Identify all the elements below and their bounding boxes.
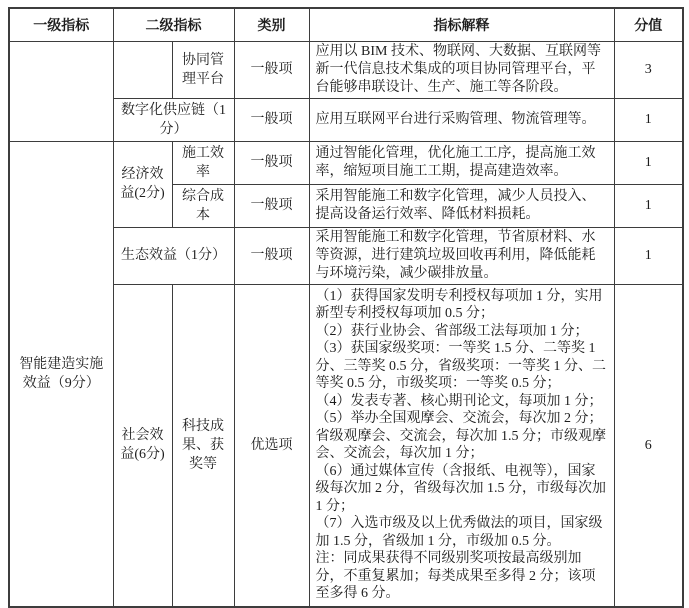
level1-group-cell: 智能建造实施效益（9分） [9, 141, 113, 595]
score-cell: 1 [614, 184, 683, 227]
category-cell: 优选项 [234, 284, 309, 595]
level2-cell: 协同管理平台 [172, 41, 234, 98]
explanation-cell: （1）获得国家发明专利授权每项加 1 分，实用新型专利授权每项加 0.5 分； … [309, 284, 614, 595]
column-header-explanation: 指标解释 [309, 8, 614, 41]
level2-cell: 生态效益（1分） [113, 227, 234, 284]
score-cell: 1 [614, 141, 683, 184]
level1-group-cell-empty [9, 41, 113, 141]
score-cell: 1 [614, 227, 683, 284]
evaluation-table: 一级指标 二级指标 类别 指标解释 分值 协同管理平台 一般项 应用以 BIM … [8, 7, 684, 595]
explanation-cell: 通过智能化管理，优化施工工序，提高施工效率，缩短项目施工工期，提高建造效率。 [309, 141, 614, 184]
score-cell: 1 [614, 98, 683, 141]
category-cell: 一般项 [234, 98, 309, 141]
score-cell: 6 [614, 284, 683, 595]
explanation-cell: 应用以 BIM 技术、物联网、大数据、互联网等新一代信息技术集成的项目协同管理平… [309, 41, 614, 98]
category-cell: 一般项 [234, 41, 309, 98]
table-header-row: 一级指标 二级指标 类别 指标解释 分值 [9, 8, 683, 41]
category-cell: 一般项 [234, 141, 309, 184]
level2-cell: 科技成果、获奖等 [172, 284, 234, 595]
category-cell: 一般项 [234, 184, 309, 227]
score-cell: 3 [614, 41, 683, 98]
level2-group-cell: 社会效益(6分) [113, 284, 172, 595]
level2-group-cell-empty [113, 41, 172, 98]
level2-cell: 数字化供应链（1分） [113, 98, 234, 141]
level2-cell: 综合成本 [172, 184, 234, 227]
column-header-score: 分值 [614, 8, 683, 41]
explanation-cell: 应用互联网平台进行采购管理、物流管理等。 [309, 98, 614, 141]
level2-group-cell: 经济效益(2分) [113, 141, 172, 227]
column-header-level2: 二级指标 [113, 8, 234, 41]
explanation-cell: 采用智能施工和数字化管理，节省原材料、水等资源，进行建筑垃圾回收再利用，降低能耗… [309, 227, 614, 284]
column-header-level1: 一级指标 [9, 8, 113, 41]
table-row: 智能建造实施效益（9分） 经济效益(2分) 施工效率 一般项 通过智能化管理，优… [9, 141, 683, 184]
table-row: 协同管理平台 一般项 应用以 BIM 技术、物联网、大数据、互联网等新一代信息技… [9, 41, 683, 98]
column-header-category: 类别 [234, 8, 309, 41]
level2-cell: 施工效率 [172, 141, 234, 184]
explanation-cell: 采用智能施工和数字化管理，减少人员投入、提高设备运行效率、降低材料损耗。 [309, 184, 614, 227]
category-cell: 一般项 [234, 227, 309, 284]
